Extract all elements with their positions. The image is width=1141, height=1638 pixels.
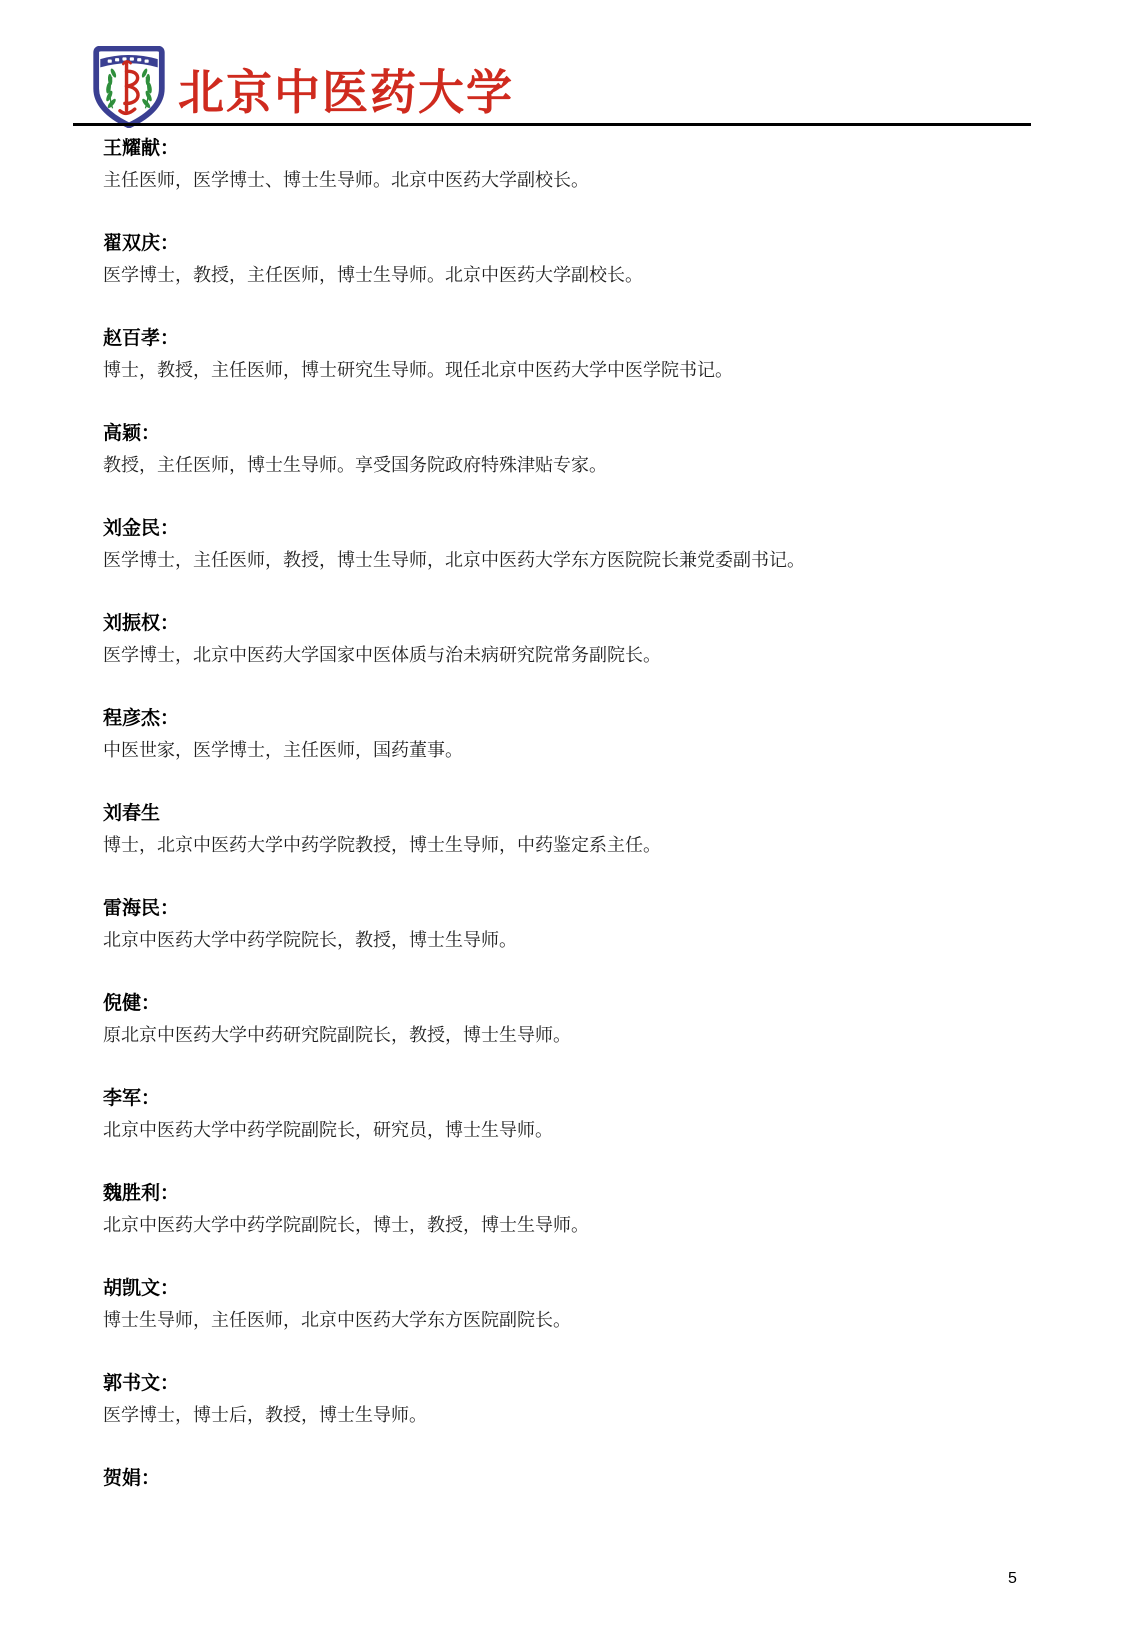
faculty-description: 医学博士，主任医师，教授，博士生导师，北京中医药大学东方医院院长兼党委副书记。 [103,544,1051,576]
faculty-name: 赵百孝： [103,322,1051,354]
faculty-entry: 刘振权：医学博士，北京中医药大学国家中医体质与治未病研究院常务副院长。 [103,607,1051,671]
faculty-entry: 刘春生博士，北京中医药大学中药学院教授，博士生导师，中药鉴定系主任。 [103,797,1051,861]
university-logo-icon [88,46,170,128]
faculty-entry: 程彦杰：中医世家，医学博士，主任医师，国药董事。 [103,702,1051,766]
faculty-entry: 贺娟： [103,1462,1051,1494]
university-name: 北京中医药大学 [178,55,514,124]
page-header: 北京中医药大学 [0,0,1141,125]
faculty-entry: 雷海民：北京中医药大学中药学院院长，教授，博士生导师。 [103,892,1051,956]
faculty-description: 北京中医药大学中药学院院长，教授，博士生导师。 [103,924,1051,956]
faculty-description: 博士，教授，主任医师，博士研究生导师。现任北京中医药大学中医学院书记。 [103,354,1051,386]
faculty-entry: 郭书文：医学博士，博士后，教授，博士生导师。 [103,1367,1051,1431]
faculty-entry: 胡凯文：博士生导师，主任医师，北京中医药大学东方医院副院长。 [103,1272,1051,1336]
faculty-list: 王耀献：主任医师，医学博士、博士生导师。北京中医药大学副校长。翟双庆：医学博士，… [103,132,1051,1525]
faculty-description: 北京中医药大学中药学院副院长，博士，教授，博士生导师。 [103,1209,1051,1241]
faculty-entry: 王耀献：主任医师，医学博士、博士生导师。北京中医药大学副校长。 [103,132,1051,196]
faculty-name: 胡凯文： [103,1272,1051,1304]
faculty-entry: 高颖：教授，主任医师，博士生导师。享受国务院政府特殊津贴专家。 [103,417,1051,481]
faculty-name: 王耀献： [103,132,1051,164]
faculty-description: 主任医师，医学博士、博士生导师。北京中医药大学副校长。 [103,164,1051,196]
faculty-name: 刘春生 [103,797,1051,829]
faculty-entry: 李军：北京中医药大学中药学院副院长，研究员，博士生导师。 [103,1082,1051,1146]
faculty-name: 李军： [103,1082,1051,1114]
header-divider [73,123,1031,126]
faculty-entry: 赵百孝：博士，教授，主任医师，博士研究生导师。现任北京中医药大学中医学院书记。 [103,322,1051,386]
faculty-name: 程彦杰： [103,702,1051,734]
faculty-description: 医学博士，北京中医药大学国家中医体质与治未病研究院常务副院长。 [103,639,1051,671]
faculty-description: 中医世家，医学博士，主任医师，国药董事。 [103,734,1051,766]
faculty-entry: 翟双庆：医学博士，教授，主任医师，博士生导师。北京中医药大学副校长。 [103,227,1051,291]
faculty-entry: 刘金民：医学博士，主任医师，教授，博士生导师，北京中医药大学东方医院院长兼党委副… [103,512,1051,576]
faculty-description: 北京中医药大学中药学院副院长，研究员，博士生导师。 [103,1114,1051,1146]
faculty-name: 雷海民： [103,892,1051,924]
faculty-description: 原北京中医药大学中药研究院副院长，教授，博士生导师。 [103,1019,1051,1051]
faculty-name: 高颖： [103,417,1051,449]
faculty-name: 刘金民： [103,512,1051,544]
faculty-name: 魏胜利： [103,1177,1051,1209]
faculty-name: 倪健： [103,987,1051,1019]
faculty-name: 刘振权： [103,607,1051,639]
faculty-description: 医学博士，博士后，教授，博士生导师。 [103,1399,1051,1431]
faculty-name: 翟双庆： [103,227,1051,259]
faculty-entry: 魏胜利：北京中医药大学中药学院副院长，博士，教授，博士生导师。 [103,1177,1051,1241]
faculty-description: 医学博士，教授，主任医师，博士生导师。北京中医药大学副校长。 [103,259,1051,291]
faculty-name: 郭书文： [103,1367,1051,1399]
page-number: 5 [1008,1570,1017,1588]
faculty-name: 贺娟： [103,1462,1051,1494]
faculty-description: 博士生导师，主任医师，北京中医药大学东方医院副院长。 [103,1304,1051,1336]
faculty-entry: 倪健：原北京中医药大学中药研究院副院长，教授，博士生导师。 [103,987,1051,1051]
document-page: 北京中医药大学 王耀献：主任医师，医学博士、博士生导师。北京中医药大学副校长。翟… [0,0,1141,1638]
faculty-description: 博士，北京中医药大学中药学院教授，博士生导师，中药鉴定系主任。 [103,829,1051,861]
faculty-description: 教授，主任医师，博士生导师。享受国务院政府特殊津贴专家。 [103,449,1051,481]
